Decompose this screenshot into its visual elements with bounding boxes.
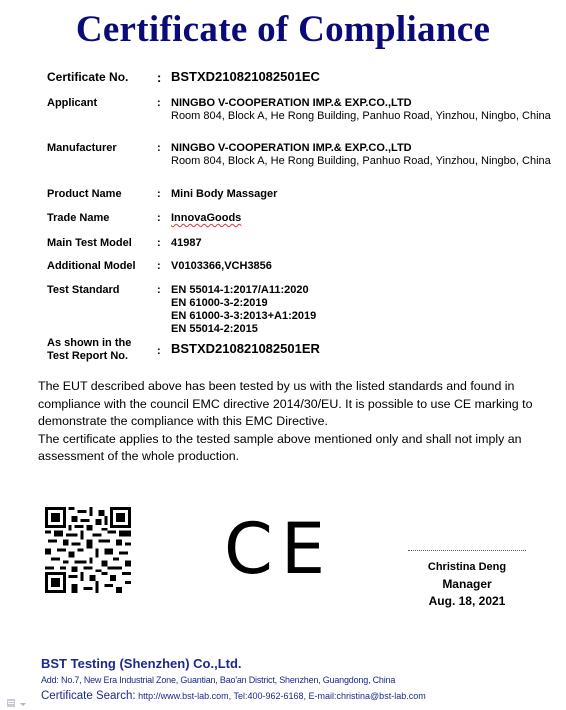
colon: : [157, 345, 161, 357]
signature-block: Christina Deng Manager Aug. 18, 2021 [408, 548, 526, 610]
test-standard-item: EN 61000-3-3:2013+A1:2019 [171, 310, 551, 323]
test-standard-item: EN 55014-2:2015 [171, 323, 551, 336]
certificate-title: Certificate of Compliance [0, 8, 566, 51]
additional-model-value: V0103366,VCH3856 [171, 260, 551, 273]
test-report-label-line2: Test Report No. [47, 350, 155, 363]
certificate-search-label: Certificate Search: [41, 690, 136, 702]
trade-name-label: Trade Name [47, 212, 155, 224]
signatory-name: Christina Deng [408, 559, 526, 576]
colon: : [157, 212, 161, 224]
main-test-model-label: Main Test Model [47, 237, 155, 249]
signature-line [408, 550, 526, 559]
qr-code-icon [45, 507, 131, 593]
paste-options-icon[interactable] [6, 698, 32, 708]
colon: : [157, 260, 161, 272]
colon: : [157, 70, 161, 85]
applicant-name: NINGBO V-COOPERATION IMP.& EXP.CO.,LTD [171, 97, 551, 110]
colon: : [157, 237, 161, 249]
trade-name-value: InnovaGoods [171, 212, 241, 224]
statement-paragraph-1: The EUT described above has been tested … [38, 378, 543, 431]
colon: : [157, 97, 161, 109]
certificate-no-label: Certificate No. [47, 70, 155, 84]
colon: : [157, 142, 161, 154]
main-test-model-value: 41987 [171, 237, 551, 250]
manufacturer-name: NINGBO V-COOPERATION IMP.& EXP.CO.,LTD [171, 142, 551, 155]
statement-paragraph-2: The certificate applies to the tested sa… [38, 431, 543, 466]
ce-mark-icon: CE [224, 514, 333, 584]
test-standard-item: EN 61000-3-2:2019 [171, 297, 551, 310]
product-name-label: Product Name [47, 188, 155, 200]
certificate-no-value: BSTXD210821082501EC [171, 70, 551, 83]
contact-info: http://www.bst-lab.com, Tel:400-962-6168… [136, 691, 426, 701]
additional-model-label: Additional Model [47, 260, 155, 272]
manufacturer-address: Room 804, Block A, He Rong Building, Pan… [171, 155, 551, 168]
applicant-address: Room 804, Block A, He Rong Building, Pan… [171, 110, 551, 123]
applicant-label: Applicant [47, 97, 155, 109]
test-report-value: BSTXD210821082501ER [171, 342, 551, 355]
company-address: Add: No.7, New Era Industrial Zone, Guan… [41, 675, 426, 685]
company-name: BST Testing (Shenzhen) Co.,Ltd. [41, 656, 426, 671]
test-standard-item: EN 55014-1:2017/A11:2020 [171, 284, 551, 297]
colon: : [157, 284, 161, 296]
compliance-statement: The EUT described above has been tested … [38, 378, 543, 466]
signature-date: Aug. 18, 2021 [408, 593, 526, 610]
footer: BST Testing (Shenzhen) Co.,Ltd. Add: No.… [41, 656, 426, 702]
colon: : [157, 188, 161, 200]
product-name-value: Mini Body Massager [171, 188, 551, 201]
certificate-search: Certificate Search: http://www.bst-lab.c… [41, 690, 426, 702]
manufacturer-label: Manufacturer [47, 142, 155, 154]
signatory-title: Manager [408, 576, 526, 593]
test-standard-label: Test Standard [47, 284, 155, 296]
test-report-label-line1: As shown in the [47, 337, 155, 350]
